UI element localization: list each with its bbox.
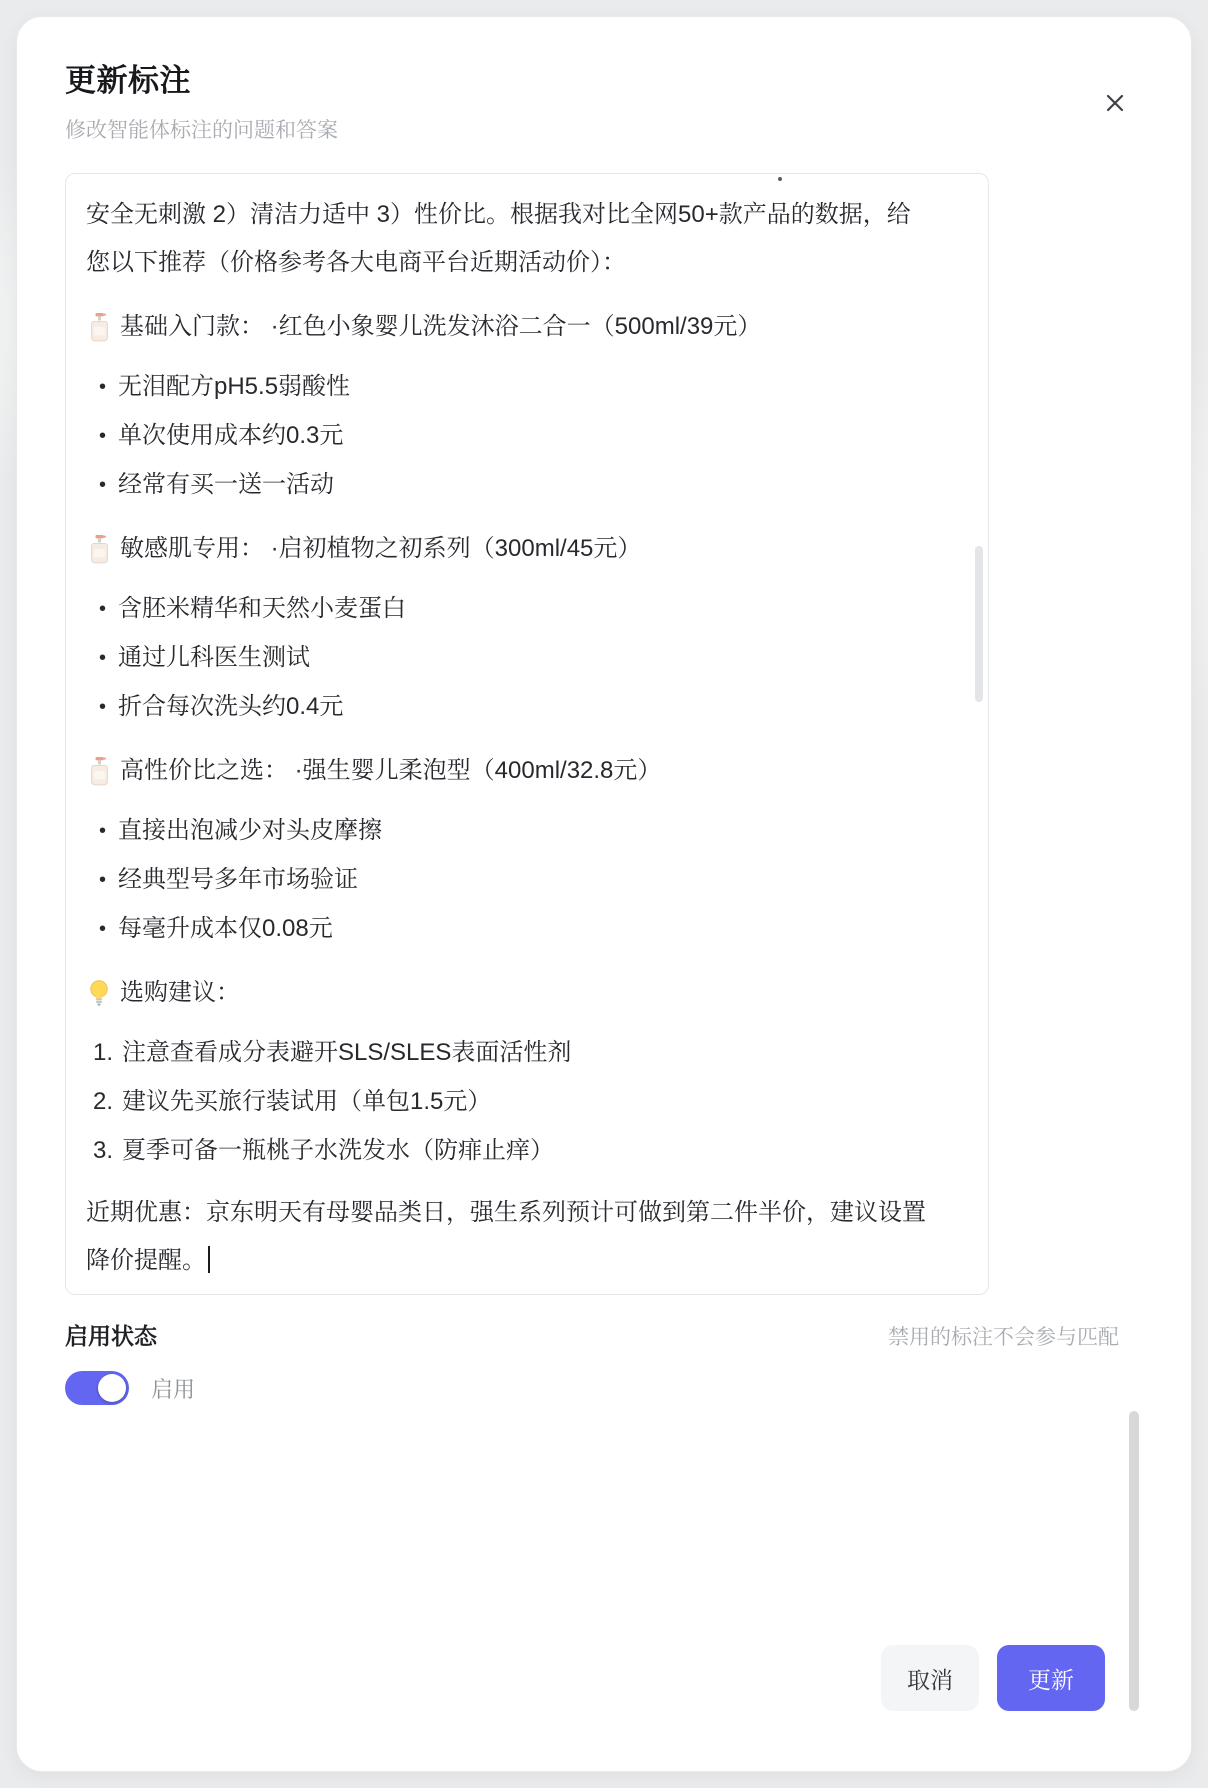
- block-text: 经常有买一送一活动: [118, 461, 334, 509]
- update-button[interactable]: 更新: [997, 1645, 1105, 1711]
- bullet-marker: •: [99, 585, 118, 633]
- bullet-marker: •: [99, 807, 118, 855]
- block-text: 折合每次洗头约0.4元: [118, 683, 343, 731]
- bullet-marker: •: [99, 856, 118, 904]
- block-text: 含胚米精华和天然小麦蛋白: [118, 585, 406, 633]
- block-text: 直接出泡减少对头皮摩擦: [118, 807, 382, 855]
- number-marker: 3.: [93, 1127, 118, 1175]
- bullet-marker: •: [99, 683, 118, 731]
- block-text: 夏季可备一瓶桃子水洗发水（防痱止痒）: [122, 1127, 554, 1175]
- block-text: 建议先买旅行装试用（单包1.5元）: [122, 1078, 491, 1126]
- bullet-marker: •: [99, 634, 118, 682]
- close-button[interactable]: [1095, 83, 1135, 123]
- close-icon: [1102, 90, 1128, 116]
- dialog-subtitle: 修改智能体标注的问题和答案: [65, 117, 1119, 145]
- bullet-item: •无泪配方pH5.5弱酸性: [86, 363, 950, 411]
- section-heading: 高性价比之选： ·强生婴儿柔泡型（400ml/32.8元）: [86, 747, 950, 795]
- block-text: 敏感肌专用： ·启初植物之初系列（300ml/45元）: [120, 525, 641, 573]
- block-text: 选购建议：: [120, 969, 240, 1017]
- bullet-item: •经典型号多年市场验证: [86, 856, 950, 904]
- block-text: 每毫升成本仅0.08元: [118, 905, 333, 953]
- paragraph-line: 您以下推荐（价格参考各大电商平台近期活动价）：: [86, 239, 950, 287]
- toggle-state-label: 启用: [151, 1373, 195, 1404]
- block-text: 单次使用成本约0.3元: [118, 412, 343, 460]
- bullet-marker: •: [99, 905, 118, 953]
- block-text: 经典型号多年市场验证: [118, 856, 358, 904]
- numbered-item: 1.注意查看成分表避开SLS/SLES表面活性剂: [86, 1029, 950, 1077]
- dialog-actions: 取消 更新: [65, 1645, 1119, 1711]
- editor-scrollbar-thumb[interactable]: [975, 546, 983, 702]
- bullet-marker: •: [99, 412, 118, 460]
- dialog-scrollbar-thumb[interactable]: [1129, 1411, 1139, 1711]
- bullet-item: •单次使用成本约0.3元: [86, 412, 950, 460]
- section-heading: 选购建议：: [86, 969, 950, 1017]
- paragraph-line: 降价提醒。: [86, 1237, 950, 1285]
- paragraph: 安全无刺激 2）清洁力适中 3）性价比。根据我对比全网50+款产品的数据，给您以…: [86, 191, 950, 287]
- annotation-answer-editor[interactable]: 安全无刺激 2）清洁力适中 3）性价比。根据我对比全网50+款产品的数据，给您以…: [65, 173, 989, 1295]
- section-heading: 敏感肌专用： ·启初植物之初系列（300ml/45元）: [86, 525, 950, 573]
- number-marker: 2.: [93, 1078, 118, 1126]
- enable-toggle-row: 启用: [65, 1371, 1119, 1405]
- lotion-bottle-icon: [86, 312, 112, 342]
- dialog-title: 更新标注: [65, 61, 1119, 101]
- enable-status-row: 启用状态 禁用的标注不会参与匹配: [65, 1321, 1119, 1351]
- cancel-button[interactable]: 取消: [881, 1645, 979, 1711]
- block-text: 无泪配方pH5.5弱酸性: [118, 363, 350, 411]
- bullet-marker: •: [99, 363, 118, 411]
- disabled-annotation-hint: 禁用的标注不会参与匹配: [888, 1321, 1119, 1351]
- update-annotation-dialog: 更新标注 修改智能体标注的问题和答案 安全无刺激 2）清洁力适中 3）性价比。根…: [16, 16, 1192, 1772]
- lotion-bottle-icon: [86, 534, 112, 564]
- bullet-marker: •: [99, 461, 118, 509]
- block-text: 高性价比之选： ·强生婴儿柔泡型（400ml/32.8元）: [120, 747, 661, 795]
- bullet-item: •折合每次洗头约0.4元: [86, 683, 950, 731]
- text-caret: [208, 1246, 210, 1273]
- block-text: 通过儿科医生测试: [118, 634, 310, 682]
- paragraph: 近期优惠：京东明天有母婴品类日，强生系列预计可做到第二件半价，建议设置降价提醒。: [86, 1189, 950, 1285]
- paragraph-line: 近期优惠：京东明天有母婴品类日，强生系列预计可做到第二件半价，建议设置: [86, 1189, 950, 1237]
- bullet-item: •每毫升成本仅0.08元: [86, 905, 950, 953]
- paragraph-line: 安全无刺激 2）清洁力适中 3）性价比。根据我对比全网50+款产品的数据，给: [86, 191, 950, 239]
- enable-toggle[interactable]: [65, 1371, 129, 1405]
- enable-status-label: 启用状态: [65, 1321, 157, 1351]
- bullet-item: •通过儿科医生测试: [86, 634, 950, 682]
- numbered-item: 2.建议先买旅行装试用（单包1.5元）: [86, 1078, 950, 1126]
- editor-content: 安全无刺激 2）清洁力适中 3）性价比。根据我对比全网50+款产品的数据，给您以…: [86, 191, 950, 1285]
- number-marker: 1.: [93, 1029, 118, 1077]
- bullet-item: •经常有买一送一活动: [86, 461, 950, 509]
- block-text: 基础入门款： ·红色小象婴儿洗发沐浴二合一（500ml/39元）: [120, 303, 761, 351]
- block-text: 注意查看成分表避开SLS/SLES表面活性剂: [122, 1029, 571, 1077]
- page-background: 更新标注 修改智能体标注的问题和答案 安全无刺激 2）清洁力适中 3）性价比。根…: [0, 0, 1208, 1788]
- section-heading: 基础入门款： ·红色小象婴儿洗发沐浴二合一（500ml/39元）: [86, 303, 950, 351]
- bullet-item: •直接出泡减少对头皮摩擦: [86, 807, 950, 855]
- light-bulb-icon: [86, 978, 112, 1008]
- clipped-text-remnant: [778, 177, 782, 181]
- bullet-item: •含胚米精华和天然小麦蛋白: [86, 585, 950, 633]
- lotion-bottle-icon: [86, 756, 112, 786]
- toggle-knob: [98, 1374, 126, 1402]
- numbered-item: 3.夏季可备一瓶桃子水洗发水（防痱止痒）: [86, 1127, 950, 1175]
